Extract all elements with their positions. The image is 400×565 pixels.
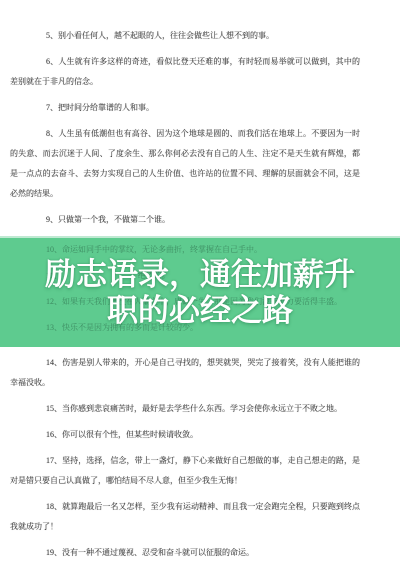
quote-paragraph: 18、就算跑最后一名又怎样，至少我有运动精神、而且我一定会跑完全程，只要跑到终点… <box>10 497 360 537</box>
banner-title-line1: 励志语录，通往加薪升 <box>45 257 355 293</box>
quote-paragraph: 8、人生虽有低潮但也有高谷、因为这个地球是圆的、而我们活在地球上。不要因为一时的… <box>10 124 360 204</box>
quote-paragraph: 16、你可以很有个性，但某些时候请收敛。 <box>10 425 360 445</box>
banner-title: 励志语录，通往加薪升 职的必经之路 <box>0 238 400 347</box>
quote-paragraph: 5、别小看任何人，越不起眼的人，往往会做些让人想不到的事。 <box>10 26 360 46</box>
quote-paragraph: 17、坚持，选择，信念，带上一盏灯，静下心来做好自己想做的事，走自己想走的路，是… <box>10 451 360 491</box>
promo-banner: 10、命运如同手中的掌纹，无论多曲折，终掌握在自己手中。 11、 绝望的。 12… <box>0 236 400 347</box>
banner-title-line2: 职的必经之路 <box>107 293 293 329</box>
quote-paragraph: 7、把时间分给靠谱的人和事。 <box>10 98 360 118</box>
quotes-section-top: 5、别小看任何人，越不起眼的人，往往会做些让人想不到的事。 6、人生就有许多这样… <box>0 0 400 230</box>
document-page: 5、别小看任何人，越不起眼的人，往往会做些让人想不到的事。 6、人生就有许多这样… <box>0 0 400 565</box>
quotes-section-bottom: 14、伤害是别人带来的，开心是自己寻找的，想哭就哭，哭完了接着笑，没有人能把谁的… <box>0 347 400 563</box>
quote-paragraph: 15、当你感到悲哀痛苦时，最好是去学些什么东西。学习会使你永远立于不败之地。 <box>10 399 360 419</box>
quote-paragraph: 14、伤害是别人带来的，开心是自己寻找的，想哭就哭，哭完了接着笑，没有人能把谁的… <box>10 353 360 393</box>
quote-paragraph: 6、人生就有许多这样的奇迹，看似比登天还难的事，有时轻而易举就可以做到，其中的差… <box>10 52 360 92</box>
quote-paragraph: 9、只做第一个我，不做第二个谁。 <box>10 210 360 230</box>
quote-paragraph: 19、没有一种不通过蔑视、忍受和奋斗就可以征服的命运。 <box>10 543 360 563</box>
